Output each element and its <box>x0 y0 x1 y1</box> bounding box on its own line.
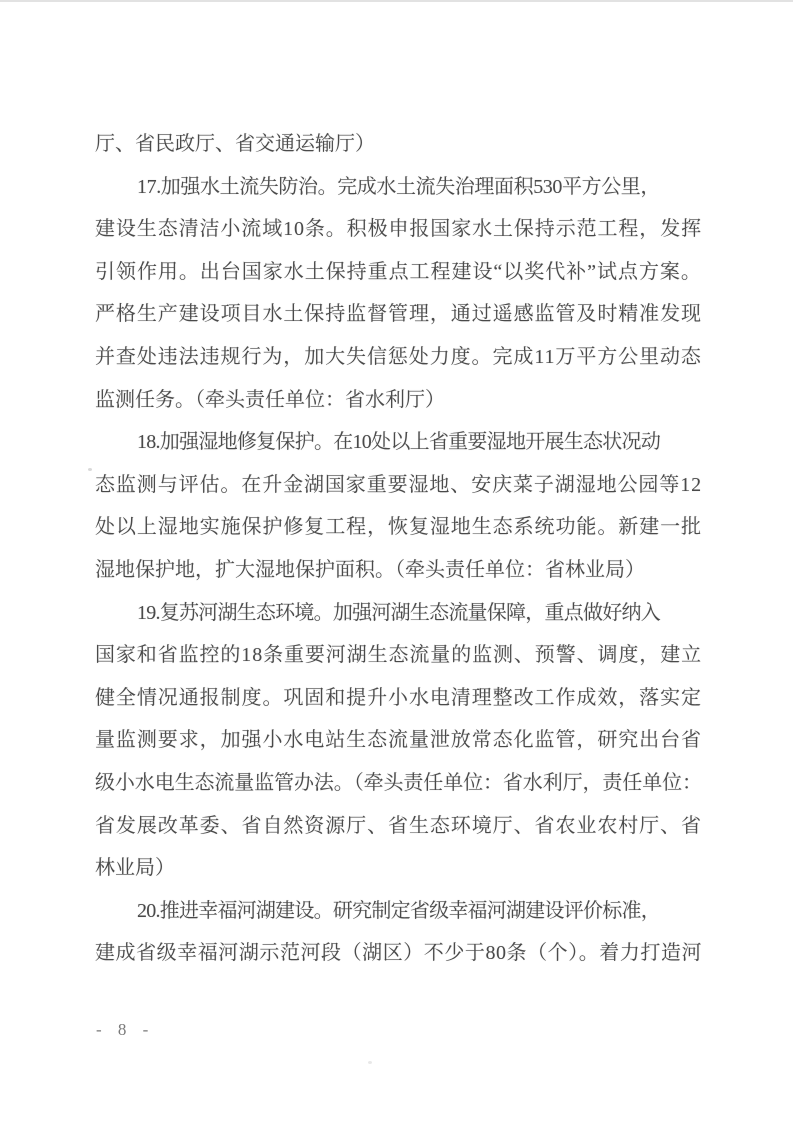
text-line: 17.加强水土流失防治。完成水土流失治理面积530平方公里， <box>95 166 702 209</box>
text-line: 严格生产建设项目水土保持监督管理，通过遥感监管及时精准发现 <box>95 293 702 336</box>
text-line: 湿地保护地，扩大湿地保护面积。（牵头责任单位：省林业局） <box>95 549 702 592</box>
text-line: 林业局） <box>95 847 702 890</box>
text-line: 省发展改革委、省自然资源厅、省生态环境厅、省农业农村厅、省 <box>95 805 702 848</box>
scan-speck <box>88 468 92 471</box>
scan-speck <box>368 1061 372 1064</box>
text-line: 厅、省民政厅、省交通运输厅） <box>95 123 702 166</box>
text-line: 建成省级幸福河湖示范河段（湖区）不少于80条（个）。着力打造河 <box>95 932 702 975</box>
text-line: 国家和省监控的18条重要河湖生态流量的监测、预警、调度，建立 <box>95 634 702 677</box>
text-line: 引领作用。出台国家水土保持重点工程建设“以奖代补”试点方案。 <box>95 251 702 294</box>
document-body: 厅、省民政厅、省交通运输厅）17.加强水土流失防治。完成水土流失治理面积530平… <box>95 123 702 975</box>
scanned-document-page: 厅、省民政厅、省交通运输厅）17.加强水土流失防治。完成水土流失治理面积530平… <box>0 0 793 1123</box>
text-line: 处以上湿地实施保护修复工程，恢复湿地生态系统功能。新建一批 <box>95 506 702 549</box>
text-line: 18.加强湿地修复保护。在10处以上省重要湿地开展生态状况动 <box>95 421 702 464</box>
text-line: 并查处违法违规行为，加大失信惩处力度。完成11万平方公里动态 <box>95 336 702 379</box>
text-line: 态监测与评估。在升金湖国家重要湿地、安庆菜子湖湿地公园等12 <box>95 464 702 507</box>
text-line: 健全情况通报制度。巩固和提升小水电清理整改工作成效，落实定 <box>95 677 702 720</box>
text-line: 建设生态清洁小流域10条。积极申报国家水土保持示范工程，发挥 <box>95 208 702 251</box>
text-line: 量监测要求，加强小水电站生态流量泄放常态化监管，研究出台省 <box>95 719 702 762</box>
text-line: 20.推进幸福河湖建设。研究制定省级幸福河湖建设评价标准， <box>95 890 702 933</box>
text-line: 监测任务。（牵头责任单位：省水利厅） <box>95 379 702 422</box>
text-line: 19.复苏河湖生态环境。加强河湖生态流量保障，重点做好纳入 <box>95 592 702 635</box>
page-number: - 8 - <box>96 1015 154 1045</box>
text-line: 级小水电生态流量监管办法。（牵头责任单位：省水利厅，责任单位： <box>95 762 702 805</box>
